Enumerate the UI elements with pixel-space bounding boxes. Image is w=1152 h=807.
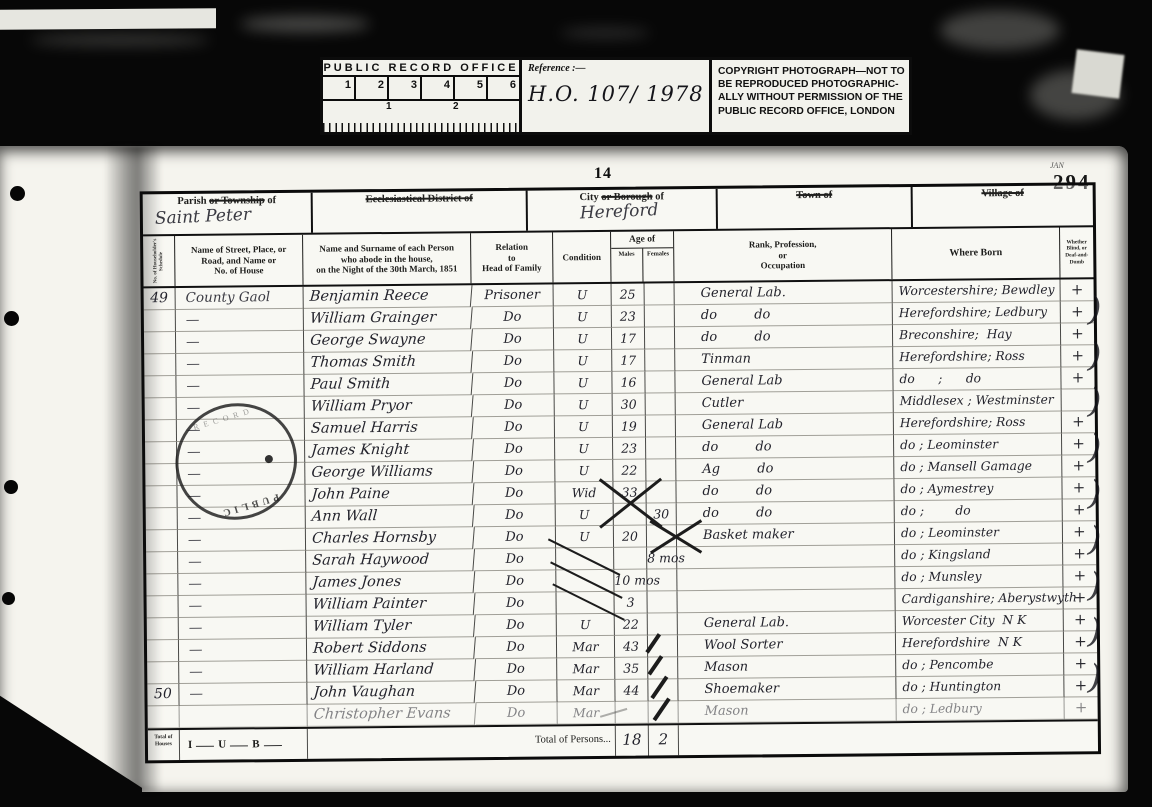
column-blind-deaf: Whether Blind, or Deaf-and- Dumb [1060,227,1093,277]
condition-cell: U [555,416,613,439]
column-label: No. of House [175,265,302,277]
copyright-line: ALLY WITHOUT PERMISSION OF THE [718,91,903,104]
column-age-males: Males [611,249,643,282]
relation-cell: Do [475,636,557,659]
photo-noise [560,28,650,38]
street-cell: — [178,529,306,552]
birthplace-cell: do ; Leominster [894,434,1062,458]
schedule-number [146,530,178,552]
pro-title: PUBLIC RECORD OFFICE [323,60,519,77]
photo-white-patch [1071,49,1124,99]
schedule-number [145,464,177,486]
age-female-cell [648,613,678,635]
age-male-cell: 43 [615,636,648,658]
birthplace-cell: Herefordshire; Ross [893,346,1061,370]
folio-note: JAN [1050,161,1064,170]
age-female-cell [646,415,676,437]
binder-hole [4,311,19,326]
column-schedule: No. of Householder's Schedule [143,236,175,286]
pro-ruler-box: PUBLIC RECORD OFFICE 1 2 3 4 5 6 1 2 [320,57,522,135]
column-relation: Relation to Head of Family [471,232,553,283]
age-male-cell: 19 [613,416,646,438]
age-male-cell: 35 [615,658,648,680]
reference-label: Reference :— [528,63,703,74]
photo-noise [940,10,1060,50]
relation-cell: Do [472,306,554,329]
person-name: Samuel Harris [304,417,474,441]
condition-cell: U [554,350,612,373]
condition-cell: U [554,284,612,307]
binder-hole [10,186,25,201]
birthplace-cell: Herefordshire; Ledbury [893,302,1061,326]
relation-cell: Do [475,614,557,637]
column-label: Relation [471,242,552,253]
relation-cell: Do [474,526,556,549]
age-male-cell: 23 [612,306,645,328]
header-field-village: Village of [913,185,1093,227]
header-field-ecclesiastical: Ecclesiastical District of [313,191,528,233]
age-male-cell: 17 [612,328,645,350]
column-name: Name and Surname of each Person who abod… [303,233,471,285]
occupation-cell: do do [675,325,893,349]
person-name: Charles Hornsby [305,527,475,551]
street-cell [180,705,308,728]
field-label-struck: Village of [981,188,1024,199]
birthplace-cell: do ; Mansell Gamage [894,456,1062,480]
condition-cell: U [554,306,612,329]
ruler-scale: 1 2 3 4 5 6 [323,77,519,101]
occupation-cell: Basket maker [677,523,895,547]
houses-uninhabited: U [218,738,248,750]
column-label: No. of Householder's Schedule [153,236,165,286]
birthplace-cell: Worcestershire; Bewdley [893,280,1061,304]
schedule-number [147,662,179,684]
field-label: of [265,195,276,206]
copyright-line: BE REPRODUCED PHOTOGRAPHIC- [718,78,903,91]
condition-cell: U [556,526,614,549]
schedule-number [147,618,179,640]
person-name: Sarah Haywood [305,549,475,573]
person-name: Robert Siddons [306,637,476,661]
age-female-cell [646,437,676,459]
relation-cell: Do [473,460,555,483]
condition-cell: Mar [557,636,615,659]
street-cell: — [179,617,307,640]
ruler-sub-number: 1 [386,101,392,112]
birthplace-cell: Worcester City N K [896,610,1064,634]
table-body: 49 County Gaol Benjamin Reece Prisoner U… [144,279,1098,728]
person-name: Paul Smith [304,373,474,397]
reference-value: H.O. 107/ 1978 [528,82,703,106]
ruler-ticks: 1 2 [323,101,519,132]
birthplace-cell: do ; Leominster [895,522,1063,546]
field-label-struck: Ecclesiastical District of [365,193,472,205]
age-male-cell: 44 [615,680,648,702]
age-male-cell: 22 [613,460,646,482]
copyright-line: PUBLIC RECORD OFFICE, LONDON [718,105,903,118]
street-cell: — [176,309,304,332]
schedule-number [144,310,176,332]
occupation-cell: General Lab [676,413,894,437]
age-male-cell [614,504,647,526]
person-name: John Vaughan [307,681,477,705]
city-value: Hereford [579,200,658,223]
street-cell: — [178,551,306,574]
age-female-cell [645,305,675,327]
occupation-cell [677,567,895,591]
houses-building: B [252,738,281,750]
occupation-cell: Tinman [675,347,893,371]
occupation-cell: do do [676,479,894,503]
street-cell: — [179,639,307,662]
age-female-cell [645,327,675,349]
relation-cell: Do [472,350,554,373]
houses-inhabited: I [188,739,214,751]
column-where-born: Where Born [892,228,1060,280]
age-female-cell [647,569,677,591]
header-field-parish: Parish or Township of Saint Peter [143,193,313,235]
census-form: Parish or Township of Saint Peter Eccles… [140,182,1101,763]
age-female-cell [645,371,675,393]
birthplace-cell: do ; Munsley [895,566,1063,590]
page-number: 14 [594,165,612,183]
ruler-number: 6 [488,77,519,99]
occupation-cell: do do [677,501,895,525]
person-name: Benjamin Reece [303,285,473,309]
schedule-number [146,508,178,530]
field-label-struck: Town of [796,190,832,201]
condition-cell: U [555,460,613,483]
occupation-cell: General Lab. [675,281,893,305]
street-cell: — [176,353,304,376]
field-label: Parish [177,196,209,207]
relation-cell: Do [474,548,556,571]
relation-cell: Do [473,482,555,505]
total-houses-label: Total of Houses [148,730,180,760]
relation-cell: Do [473,438,555,461]
ruler-number: 5 [455,77,488,99]
occupation-cell: do do [676,435,894,459]
header-field-town: Town of [718,187,913,229]
person-name: William Painter [306,593,476,617]
header-field-city: City or Borough of Hereford [528,189,718,231]
birthplace-cell: do ; Kingsland [895,544,1063,568]
birthplace-cell: Middlesex ; Westminster [894,390,1062,414]
column-label: Condition [553,252,610,263]
column-occupation: Rank, Profession, or Occupation [674,229,892,281]
stamp-dot [264,454,274,464]
pro-reference-box: Reference :— H.O. 107/ 1978 [522,57,712,135]
condition-cell: Mar [557,658,615,681]
birthplace-cell: Herefordshire; Ross [894,412,1062,436]
birthplace-cell: do ; Aymestrey [894,478,1062,502]
relation-cell: Do [474,570,556,593]
photo-noise [240,16,370,32]
schedule-number [144,354,176,376]
person-name: Christopher Evans [307,703,477,727]
occupation-cell: Cutler [676,391,894,415]
ruler-number: 3 [389,77,422,99]
ruler-sub-number: 2 [453,101,459,112]
schedule-number [147,640,179,662]
street-cell: — [178,573,306,596]
total-persons-male: 18 [616,726,649,756]
ruler-number: 1 [323,77,356,99]
total-persons-label: Total of Persons... [308,726,616,759]
column-label: to [471,252,552,263]
margin-flourishes: ) ) ) ) ) ) ) ) ) [1088,288,1101,702]
birthplace-cell: Herefordshire N K [896,632,1064,656]
birthplace-cell: do ; Pencombe [896,654,1064,678]
relation-cell: Do [474,504,556,527]
age-female-cell [646,393,676,415]
column-label: Where Born [892,247,1059,260]
occupation-cell: Shoemaker [678,677,896,701]
age-male-cell: 16 [612,372,645,394]
person-name: William Tyler [306,615,476,639]
street-cell: — [179,683,307,706]
schedule-number [145,486,177,508]
street-cell: County Gaol [176,287,304,310]
schedule-number: 49 [144,288,176,310]
photo-noise [30,34,210,46]
relation-cell: Do [473,394,555,417]
relation-cell: Do [474,592,556,615]
birthplace-cell: Cardiganshire; Aberystwyth [895,588,1063,612]
relation-cell: Do [475,658,557,681]
schedule-number [144,376,176,398]
field-label: City [579,192,601,203]
pro-copyright-box: COPYRIGHT PHOTOGRAPH—NOT TO BE REPRODUCE… [712,57,912,135]
totals-spacer [679,721,1098,755]
street-cell: — [176,375,304,398]
photo-white-streak [0,8,216,30]
condition-cell: U [554,372,612,395]
schedule-number [146,552,178,574]
column-street: Name of Street, Place, or Road, and Name… [175,235,303,286]
occupation-cell: Wool Sorter [678,633,896,657]
age-male-cell: 17 [612,350,645,372]
column-label: Age of [611,231,673,248]
occupation-cell: Ag do [676,457,894,481]
condition-cell: U [555,438,613,461]
person-name: George Williams [304,461,474,485]
street-cell: — [176,331,304,354]
schedule-number [148,706,180,728]
schedule-number: 50 [147,684,179,706]
age-female-cell [645,283,675,305]
relation-cell: Do [476,702,558,725]
street-cell: — [179,595,307,618]
occupation-cell [677,545,895,569]
condition-cell: U [555,394,613,417]
column-age: Age of Males Females [611,231,674,282]
condition-cell: U [554,328,612,351]
pro-reference-strip: PUBLIC RECORD OFFICE 1 2 3 4 5 6 1 2 Ref… [320,57,912,135]
binder-hole [4,480,18,494]
column-label: Occupation [674,259,891,272]
column-condition: Condition [553,232,611,283]
ruler-number: 2 [356,77,389,99]
relation-cell: Do [473,416,555,439]
column-label: Dumb [1060,259,1093,266]
total-houses-marks: I U B [180,729,308,760]
age-male-cell: 30 [613,394,646,416]
age-female-cell [647,591,677,613]
column-label: Head of Family [471,263,552,274]
schedule-number [147,596,179,618]
person-name: John Paine [305,483,475,507]
person-name: William Pryor [304,395,474,419]
person-name: Thomas Smith [303,351,473,375]
age-male-cell: 23 [613,438,646,460]
schedule-number [146,574,178,596]
person-name: William Harland [306,659,476,683]
occupation-cell [677,589,895,613]
total-persons-female: 2 [649,725,679,755]
birthplace-cell: do ; Huntington [896,676,1064,700]
column-header-row: No. of Householder's Schedule Name of St… [143,227,1093,288]
condition-cell: U [557,614,615,637]
relation-cell: Do [472,328,554,351]
occupation-cell: Mason [679,699,897,723]
age-male-cell: 25 [612,284,645,306]
birthplace-cell: do ; do [895,500,1063,524]
birthplace-cell: do ; do [893,368,1061,392]
ruler-number: 4 [422,77,455,99]
column-label: on the Night of the 30th March, 1851 [303,264,470,276]
occupation-cell: Mason [678,655,896,679]
parish-value: Saint Peter [154,205,251,229]
person-name: James Jones [306,571,476,595]
age-male-cell [616,702,649,724]
relation-cell: Prisoner [472,284,554,307]
schedule-number [145,442,177,464]
occupation-cell: General Lab [675,369,893,393]
schedule-number [144,332,176,354]
binder-hole [2,592,15,605]
birthplace-cell: Breconshire; Hay [893,324,1061,348]
relation-cell: Do [472,372,554,395]
relation-cell: Do [475,680,557,703]
person-name: Ann Wall [305,505,475,529]
occupation-cell: General Lab. [678,611,896,635]
person-name: William Grainger [303,307,473,331]
occupation-cell: do do [675,303,893,327]
age-male-cell [614,548,647,570]
person-name: George Swayne [303,329,473,353]
person-name: James Knight [304,439,474,463]
age-female-cell [645,349,675,371]
age-male-cell: 20 [614,526,647,548]
condition-cell: Mar [557,680,615,703]
schedule-number [145,398,177,420]
birthplace-cell: do ; Ledbury [897,698,1065,722]
street-cell: — [179,661,307,684]
copyright-line: COPYRIGHT PHOTOGRAPH—NOT TO [718,65,903,78]
column-age-females: Females [643,248,674,281]
